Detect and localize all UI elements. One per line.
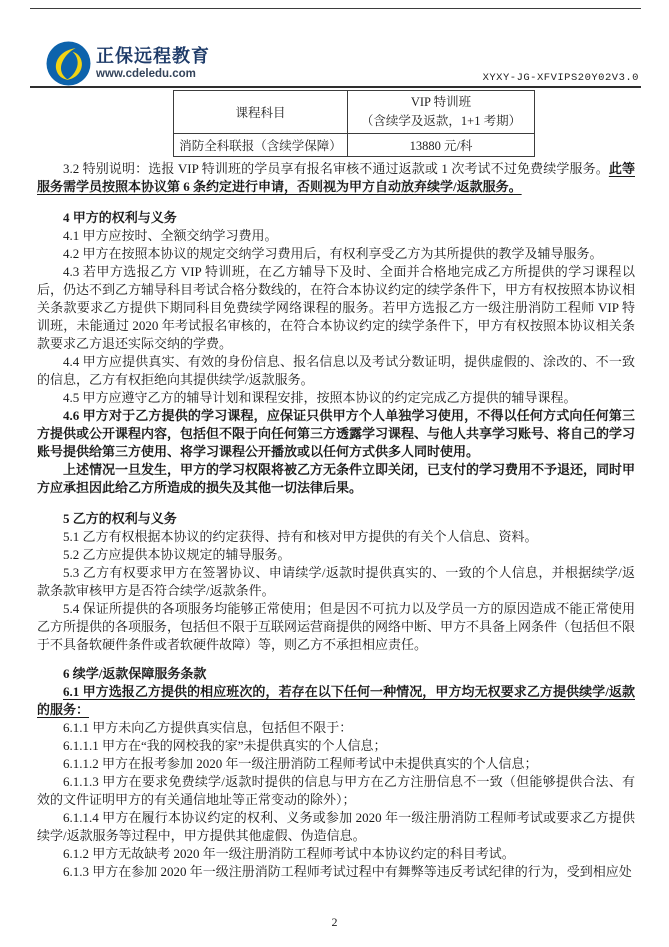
clause-5-4: 5.4 保证所提供的各项服务均能够正常使用；但是因不可抗力以及学员一方的原因造成… xyxy=(37,600,635,654)
brand-text: 正保远程教育 www.cdeledu.com xyxy=(96,47,210,80)
clause-6-1-3: 6.1.3 甲方在参加 2020 年一级注册消防工程师考试过程中有舞弊等违反考试… xyxy=(37,863,635,881)
brand-block: 正保远程教育 www.cdeledu.com xyxy=(46,41,210,86)
document-code: XYXY-JG-XFVIPS20Y02V3.0 xyxy=(483,72,639,84)
vip-header-line2: （含续学及返款，1+1 考期） xyxy=(352,112,530,131)
clause-5-1: 5.1 乙方有权根据本协议的约定获得、持有和核对甲方提供的有关个人信息、资料。 xyxy=(37,528,635,546)
table-row: 消防全科联报（含续学保障） 13880 元/科 xyxy=(174,134,535,157)
clause-6-1-1-4: 6.1.1.4 甲方在履行本协议约定的权利、义务或参加 2020 年一级注册消防… xyxy=(37,809,635,845)
section-5-heading: 5 乙方的权利与义务 xyxy=(37,510,635,528)
section-6-heading: 6 续学/返款保障服务条款 xyxy=(37,665,635,683)
course-price-table: 课程科目 VIP 特训班 （含续学及返款，1+1 考期） 消防全科联报（含续学保… xyxy=(173,90,535,157)
course-column-header: 课程科目 xyxy=(174,91,348,134)
clause-4-notice: 上述情况一旦发生，甲方的学习权限将被乙方无条件立即关闭，已支付的学习费用不予退还… xyxy=(37,461,635,497)
clause-3-2-text: 3.2 特别说明：选报 VIP 特训班的学员享有报名审核不通过返款或 1 次考试… xyxy=(63,161,609,176)
clause-4-4: 4.4 甲方应提供真实、有效的身份信息、报名信息以及考试分数证明，提供虚假的、涂… xyxy=(37,353,635,389)
section-4-heading: 4 甲方的权利与义务 xyxy=(37,209,635,227)
page-header: 正保远程教育 www.cdeledu.com XYXY-JG-XFVIPS20Y… xyxy=(30,0,641,88)
clause-4-3: 4.3 若甲方选报乙方 VIP 特训班，在乙方辅导下及时、全面并合格地完成乙方所… xyxy=(37,263,635,353)
contract-page: 正保远程教育 www.cdeledu.com XYXY-JG-XFVIPS20Y… xyxy=(0,0,669,947)
clause-5-2: 5.2 乙方应提供本协议规定的辅导服务。 xyxy=(37,546,635,564)
clause-4-6: 4.6 甲方对于乙方提供的学习课程，应保证只供甲方个人单独学习使用，不得以任何方… xyxy=(37,407,635,461)
course-price-cell: 13880 元/科 xyxy=(348,134,535,157)
page-number: 2 xyxy=(0,915,669,930)
vip-column-header: VIP 特训班 （含续学及返款，1+1 考期） xyxy=(348,91,535,134)
agreement-body: 3.2 特别说明：选报 VIP 特训班的学员享有报名审核不通过返款或 1 次考试… xyxy=(37,160,635,881)
course-name-cell: 消防全科联报（含续学保障） xyxy=(174,134,348,157)
clause-5-3: 5.3 乙方有权要求甲方在签署协议、申请续学/返款时提供真实的、一致的个人信息，… xyxy=(37,564,635,600)
clause-6-1-1-3: 6.1.1.3 甲方在要求免费续学/返款时提供的信息与甲方在乙方注册信息不一致（… xyxy=(37,773,635,809)
clause-4-2: 4.2 甲方在按照本协议的规定交纳学习费用后，有权利享受乙方为其所提供的教学及辅… xyxy=(37,245,635,263)
table-header-row: 课程科目 VIP 特训班 （含续学及返款，1+1 考期） xyxy=(174,91,535,134)
clause-6-1-2: 6.1.2 甲方无故缺考 2020 年一级注册消防工程师考试中本协议约定的科目考… xyxy=(37,845,635,863)
clause-4-1: 4.1 甲方应按时、全额交纳学习费用。 xyxy=(37,227,635,245)
clause-4-5: 4.5 甲方应遵守乙方的辅导计划和课程安排，按照本协议的约定完成乙方提供的辅导课… xyxy=(37,389,635,407)
clause-6-1: 6.1 甲方选报乙方提供的相应班次的，若存在以下任何一种情况，甲方均无权要求乙方… xyxy=(37,683,635,719)
clause-6-1-1-2: 6.1.1.2 甲方在报考参加 2020 年一级注册消防工程师考试中未提供真实的… xyxy=(37,755,635,773)
clause-6-1-1-1: 6.1.1.1 甲方在“我的网校我的家”未提供真实的个人信息； xyxy=(37,737,635,755)
cdel-swirl-logo-icon xyxy=(46,41,91,86)
brand-url: www.cdeledu.com xyxy=(96,68,210,80)
vip-header-line1: VIP 特训班 xyxy=(352,93,530,112)
clause-6-1-1: 6.1.1 甲方未向乙方提供真实信息，包括但不限于： xyxy=(37,719,635,737)
clause-3-2: 3.2 特别说明：选报 VIP 特训班的学员享有报名审核不通过返款或 1 次考试… xyxy=(37,160,635,196)
brand-name: 正保远程教育 xyxy=(96,47,210,66)
